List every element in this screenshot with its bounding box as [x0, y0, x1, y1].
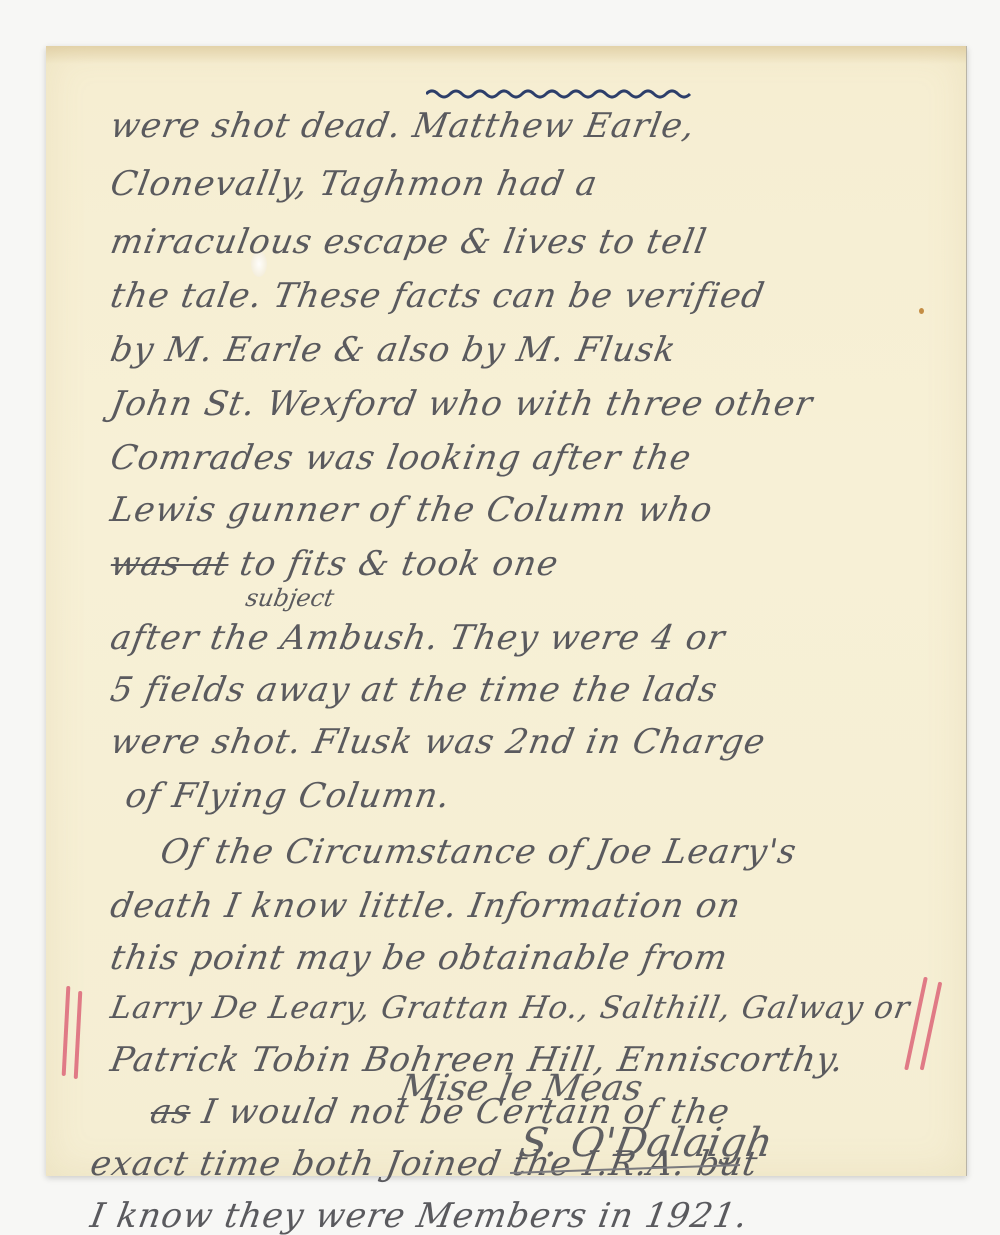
- paper-edge: [46, 46, 966, 64]
- letter-line: Comrades was looking after the: [107, 438, 694, 478]
- letter-line: miraculous escape & lives to tell: [107, 222, 710, 262]
- struck-word: as: [147, 1092, 194, 1132]
- letter-line: this point may be obtainable from: [107, 938, 731, 978]
- closing-salutation: Mise le Meas: [396, 1068, 645, 1109]
- letter-line: Clonevally, Taghmon had a: [107, 164, 600, 204]
- letter-text: to fits & took one: [237, 544, 562, 584]
- letter-line-8: was at to fits & took one: [107, 544, 561, 584]
- letter-text: was at: [107, 544, 232, 584]
- red-margin-mark: [74, 991, 83, 1079]
- inserted-word: subject: [244, 584, 337, 612]
- red-margin-mark: [62, 986, 71, 1076]
- letter-line: were shot dead. Matthew Earle,: [107, 106, 698, 146]
- blue-stitching-mark: [426, 88, 696, 100]
- letter-line: Lewis gunner of the Column who: [107, 490, 716, 530]
- letter-line: by M. Earle & also by M. Flusk: [107, 330, 679, 370]
- letter-line: Of the Circumstance of Joe Leary's: [157, 832, 800, 872]
- letter-line: were shot. Flusk was 2nd in Charge: [107, 722, 768, 762]
- letter-line: of Flying Column.: [122, 776, 453, 816]
- letter-line: after the Ambush. They were 4 or: [107, 618, 728, 658]
- signature: S. O'Dalaigh: [516, 1120, 776, 1166]
- letter-line: death I know little. Information on: [107, 886, 744, 926]
- letter-line: 5 fields away at the time the lads: [107, 670, 720, 710]
- paper-stain: [919, 308, 924, 314]
- letter-line: the tale. These facts can be verified: [107, 276, 767, 316]
- letter-page: were shot dead. Matthew Earle, Clonevall…: [46, 46, 967, 1176]
- letter-line: Larry De Leary, Grattan Ho., Salthill, G…: [108, 990, 913, 1026]
- letter-line: I know they were Members in 1921.: [87, 1196, 751, 1235]
- letter-line: John St. Wexford who with three other: [107, 384, 816, 424]
